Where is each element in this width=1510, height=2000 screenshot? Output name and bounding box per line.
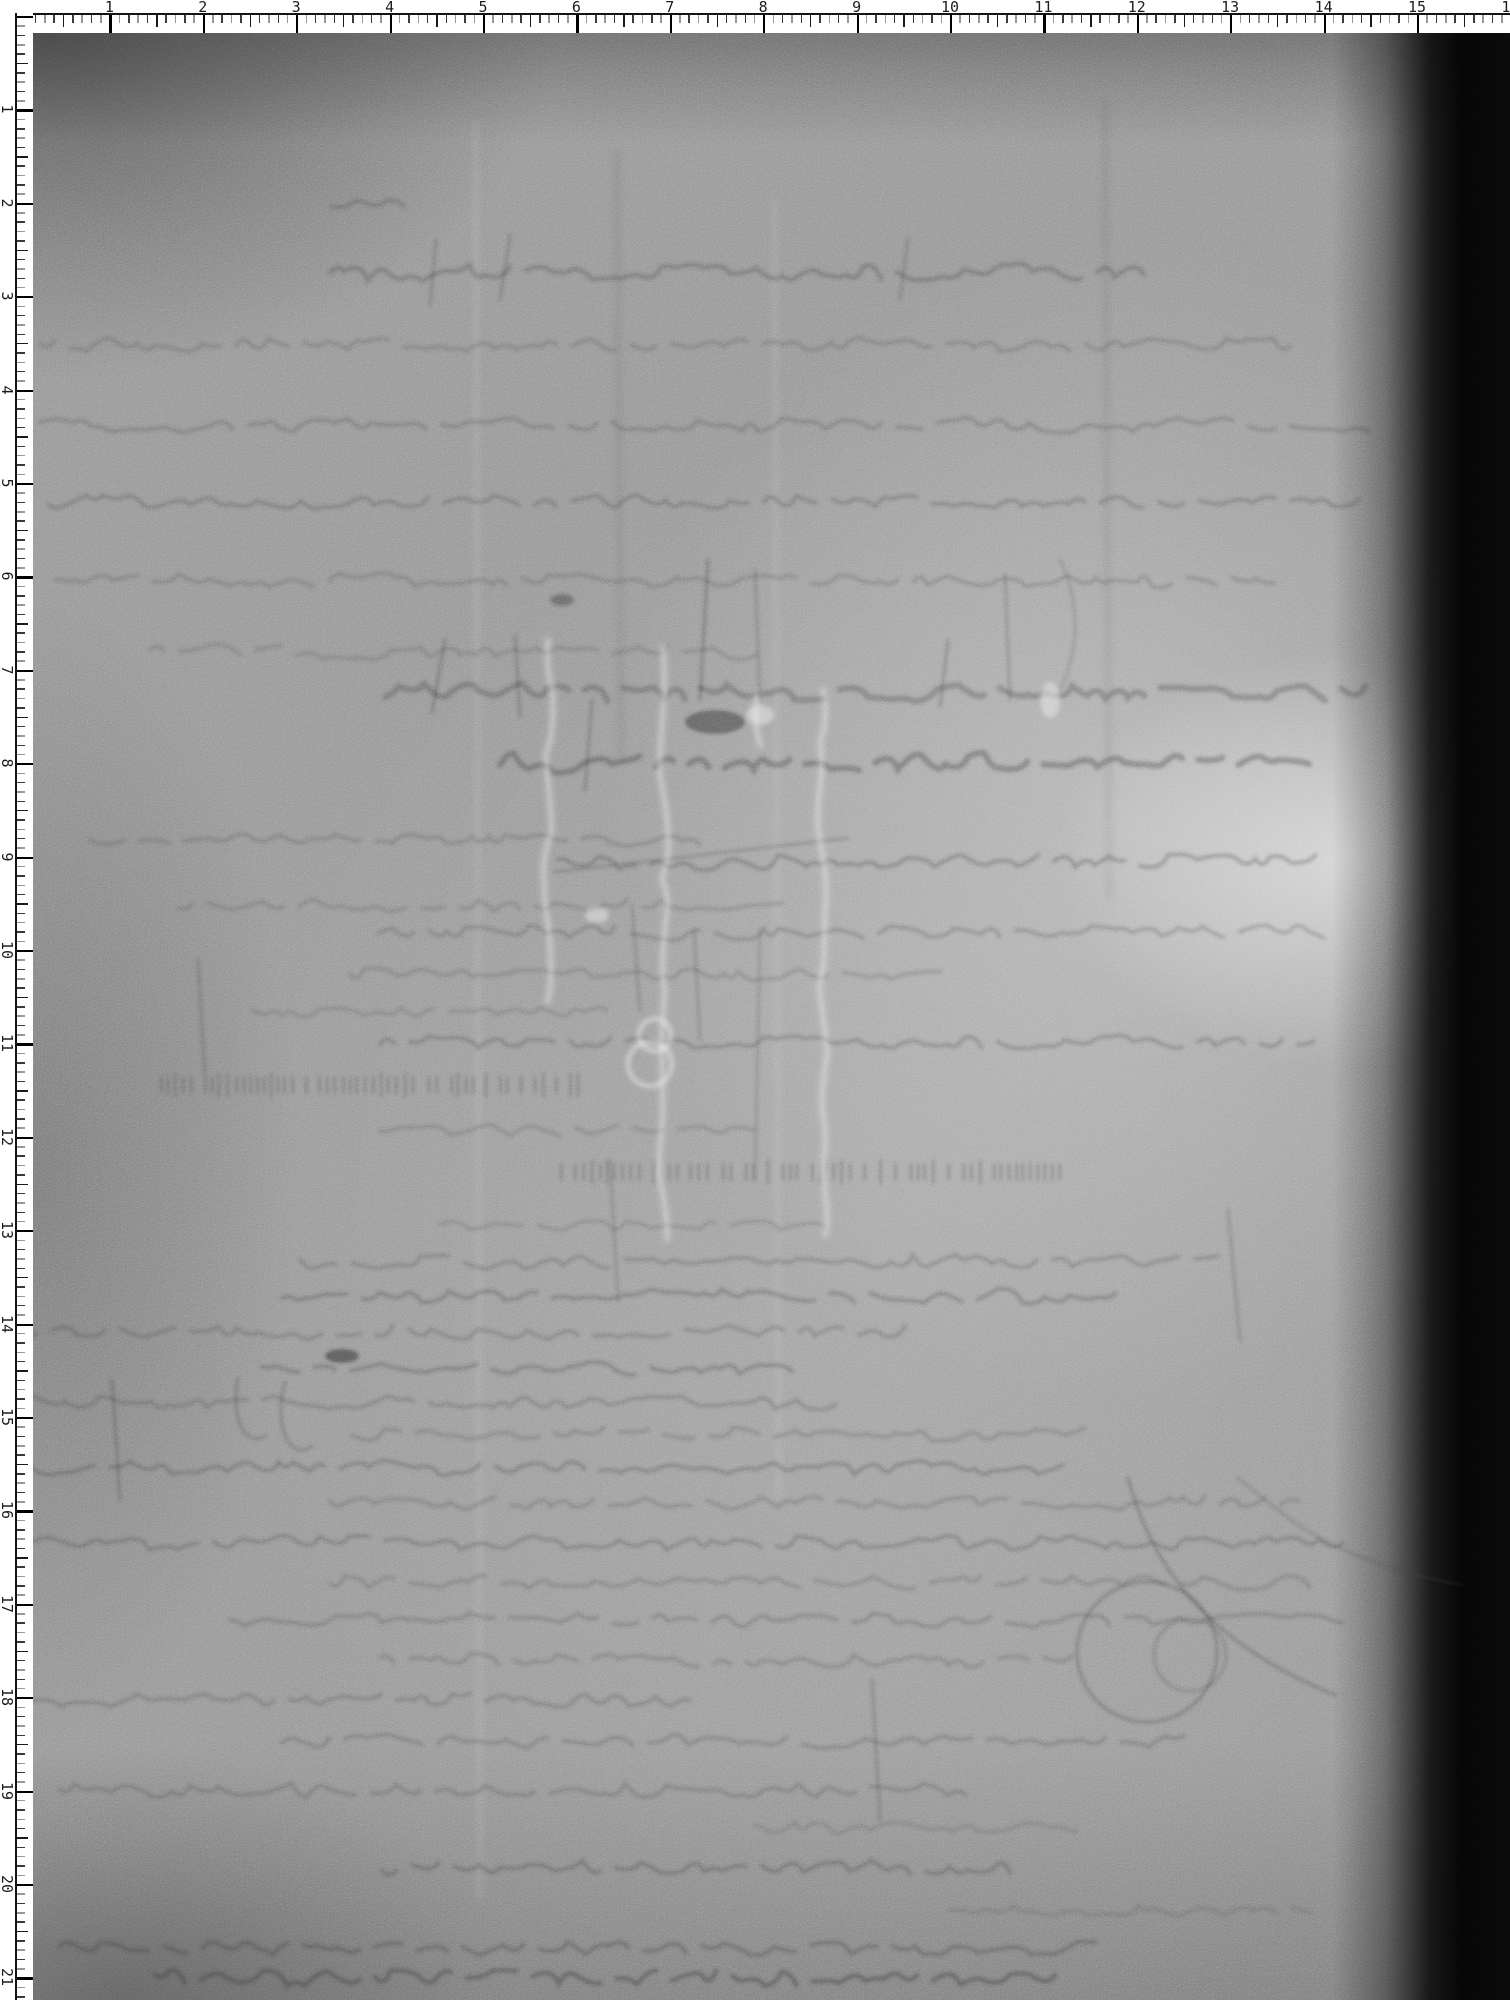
left-ruler-tick (17, 1268, 25, 1270)
top-ruler-tick (745, 15, 747, 23)
top-ruler-tick (315, 15, 317, 23)
top-ruler-tick (390, 15, 392, 33)
top-ruler-tick (100, 15, 102, 23)
top-ruler-tick (91, 15, 93, 23)
left-ruler-tick (17, 91, 25, 93)
top-ruler-tick (866, 15, 868, 23)
top-ruler-tick (614, 15, 616, 23)
left-ruler-tick (17, 128, 25, 130)
left-ruler-tick (17, 1043, 33, 1045)
left-ruler-tick (17, 1679, 25, 1681)
left-ruler-tick (17, 296, 33, 298)
left-ruler-tick (17, 530, 28, 532)
left-ruler-tick (17, 1856, 25, 1858)
left-ruler-tick (17, 1697, 33, 1699)
top-ruler-tick (1454, 15, 1456, 23)
top-ruler-tick (1034, 15, 1036, 23)
left-ruler-tick (17, 698, 25, 700)
left-ruler-tick (17, 44, 25, 46)
left-ruler-tick (17, 791, 25, 793)
left-ruler-tick (17, 418, 25, 420)
top-ruler-tick (1230, 15, 1232, 33)
left-ruler-tick (17, 763, 33, 765)
left-ruler-tick (17, 1875, 25, 1877)
left-ruler-tick (17, 511, 25, 513)
left-ruler-tick (17, 1258, 25, 1260)
top-ruler-tick (717, 15, 719, 27)
top-ruler-tick (1099, 15, 1101, 23)
left-ruler-tick (17, 35, 25, 37)
left-ruler-tick (17, 1800, 25, 1802)
left-ruler-tick (17, 483, 33, 485)
top-ruler-tick (427, 15, 429, 23)
top-ruler-tick (688, 15, 690, 23)
left-ruler-tick (17, 520, 25, 522)
left-ruler-tick (17, 1865, 25, 1867)
left-ruler-tick (17, 1240, 25, 1242)
top-ruler-number: 9 (852, 0, 861, 16)
left-ruler-tick (17, 259, 25, 261)
left-ruler-tick (17, 1949, 25, 1951)
top-ruler-tick (418, 15, 420, 23)
top-ruler-tick (1062, 15, 1064, 23)
left-ruler-tick (17, 250, 28, 252)
left-ruler-number: 3 (0, 292, 16, 301)
left-ruler-tick (17, 343, 28, 345)
top-ruler-tick (885, 15, 887, 23)
left-ruler-tick (17, 1305, 25, 1307)
left-ruler-tick (17, 1099, 25, 1101)
top-ruler-tick (1258, 15, 1260, 23)
left-ruler-tick (17, 1324, 33, 1326)
left-ruler-tick (17, 941, 25, 943)
top-ruler-number: 8 (759, 0, 768, 16)
left-ruler-number: 13 (0, 1221, 16, 1239)
left-ruler-tick (17, 1389, 25, 1391)
top-ruler-tick (492, 15, 494, 23)
top-ruler-number: 16 (1501, 0, 1510, 16)
top-ruler-tick (352, 15, 354, 23)
left-ruler-tick (17, 1520, 25, 1522)
left-ruler-tick (17, 1987, 25, 1989)
left-ruler-tick (17, 623, 28, 625)
top-ruler-tick (819, 15, 821, 23)
top-ruler-tick (1212, 15, 1214, 23)
left-ruler-tick (17, 1510, 33, 1512)
left-ruler-tick (17, 25, 25, 27)
top-ruler-tick (894, 15, 896, 23)
top-ruler-tick (324, 15, 326, 23)
left-ruler-tick (17, 1651, 28, 1653)
left-ruler-tick (17, 1015, 25, 1017)
top-ruler-number: 2 (198, 0, 207, 16)
left-ruler-tick (17, 1753, 25, 1755)
top-ruler-tick (1370, 15, 1372, 27)
top-ruler-tick (530, 15, 532, 27)
top-ruler-tick (642, 15, 644, 23)
top-ruler-tick (1464, 15, 1466, 27)
top-ruler-tick (1202, 15, 1204, 23)
left-ruler-tick (17, 1632, 25, 1634)
left-ruler-tick (17, 913, 25, 915)
left-ruler-tick (17, 1772, 25, 1774)
left-ruler-tick (17, 1931, 28, 1933)
top-ruler-tick (1071, 15, 1073, 23)
left-ruler-number: 11 (0, 1034, 16, 1052)
top-ruler-tick (735, 15, 737, 23)
top-ruler-tick (1389, 15, 1391, 23)
top-ruler-tick (586, 15, 588, 23)
scan-edge-band (1332, 33, 1510, 2000)
top-ruler-tick (109, 15, 111, 33)
left-ruler-tick (17, 969, 25, 971)
left-ruler-tick (17, 754, 25, 756)
left-ruler-tick (17, 1445, 25, 1447)
top-ruler-tick (1436, 15, 1438, 23)
left-ruler-tick (17, 1053, 25, 1055)
left-ruler-tick (17, 390, 33, 392)
left-ruler: 123456789101112131415161718192021 (0, 0, 33, 2000)
left-ruler-tick (17, 212, 25, 214)
top-ruler-tick (567, 15, 569, 23)
left-ruler-tick (17, 1184, 28, 1186)
top-ruler-tick (203, 15, 205, 33)
left-ruler-tick (17, 1454, 25, 1456)
top-ruler-number: 14 (1315, 0, 1333, 16)
top-ruler-tick (1109, 15, 1111, 23)
left-ruler-tick (17, 1333, 25, 1335)
left-ruler-tick (17, 1791, 33, 1793)
left-ruler-tick (17, 1763, 25, 1765)
left-ruler-tick (17, 268, 25, 270)
left-ruler-tick (17, 651, 25, 653)
left-ruler-tick (17, 324, 25, 326)
top-ruler-tick (791, 15, 793, 23)
left-ruler-tick (17, 1538, 25, 1540)
left-ruler-tick (17, 1417, 33, 1419)
left-ruler-tick (17, 1828, 25, 1830)
top-ruler-tick (1426, 15, 1428, 23)
left-ruler-tick (17, 1847, 25, 1849)
left-ruler-tick (17, 866, 25, 868)
left-ruler-tick (17, 362, 25, 364)
left-ruler-tick (17, 352, 25, 354)
top-ruler-tick (268, 15, 270, 23)
left-ruler-tick (17, 576, 33, 578)
left-ruler-tick (17, 1585, 25, 1587)
left-ruler-tick (17, 1137, 33, 1139)
top-ruler-tick (1118, 15, 1120, 23)
left-ruler-tick (17, 1034, 25, 1036)
left-ruler-tick (17, 474, 25, 476)
left-ruler-tick (17, 1809, 25, 1811)
left-ruler-tick (17, 567, 25, 569)
left-ruler-tick (17, 987, 25, 989)
top-ruler-tick (595, 15, 597, 23)
top-ruler-tick (184, 15, 186, 23)
left-ruler-tick (17, 1707, 25, 1709)
top-ruler-tick (278, 15, 280, 23)
top-ruler-number: 13 (1221, 0, 1239, 16)
top-ruler-tick (1277, 15, 1279, 27)
top-ruler-tick (1137, 15, 1139, 33)
top-ruler-tick (941, 15, 943, 23)
top-ruler-tick (969, 15, 971, 23)
left-ruler-tick (17, 53, 25, 55)
left-ruler-tick (17, 455, 25, 457)
top-ruler-tick (959, 15, 961, 23)
left-ruler-tick (17, 745, 25, 747)
top-ruler-tick (483, 15, 485, 33)
left-ruler-tick (17, 1940, 25, 1942)
top-ruler-tick (1025, 15, 1027, 23)
left-ruler-tick (17, 847, 25, 849)
top-ruler-tick (1193, 15, 1195, 23)
left-ruler-tick (17, 1174, 25, 1176)
top-ruler-tick (1492, 15, 1494, 23)
top-ruler-number: 12 (1128, 0, 1146, 16)
left-ruler-tick (17, 334, 25, 336)
top-ruler-tick (1352, 15, 1354, 23)
top-ruler-tick (548, 15, 550, 23)
top-ruler-tick (1333, 15, 1335, 23)
top-ruler-tick (1268, 15, 1270, 23)
left-ruler-tick (17, 1725, 25, 1727)
top-ruler-tick (838, 15, 840, 23)
top-ruler-tick (987, 15, 989, 23)
left-ruler-tick (17, 315, 25, 317)
left-ruler-tick (17, 72, 25, 74)
left-ruler-tick (17, 165, 25, 167)
left-ruler-tick (17, 1286, 25, 1288)
left-ruler-tick (17, 801, 25, 803)
left-ruler-number: 17 (0, 1595, 16, 1613)
top-ruler-tick (1043, 15, 1045, 33)
left-ruler-tick (17, 717, 28, 719)
top-ruler-tick (1286, 15, 1288, 23)
left-ruler-tick (17, 1426, 25, 1428)
top-ruler-tick (1342, 15, 1344, 23)
left-ruler-tick (17, 203, 33, 205)
top-ruler-tick (81, 15, 83, 23)
left-ruler-number: 10 (0, 941, 16, 959)
left-ruler-tick (17, 427, 25, 429)
left-ruler-tick (17, 63, 28, 65)
left-ruler-tick (17, 1398, 25, 1400)
left-ruler-tick (17, 922, 25, 924)
left-ruler-tick (17, 1566, 25, 1568)
top-ruler-tick (436, 15, 438, 27)
top-ruler-tick (539, 15, 541, 23)
top-ruler-tick (72, 15, 74, 23)
left-ruler-tick (17, 1352, 25, 1354)
left-ruler-tick (17, 959, 25, 961)
top-ruler-number: 5 (478, 0, 487, 16)
left-ruler-number: 20 (0, 1875, 16, 1893)
top-ruler-tick (1221, 15, 1223, 23)
left-ruler-tick (17, 184, 25, 186)
top-ruler-tick (1090, 15, 1092, 27)
left-ruler-number: 14 (0, 1315, 16, 1333)
left-ruler-number: 21 (0, 1968, 16, 1986)
left-ruler-tick (17, 193, 25, 195)
top-ruler-number: 11 (1034, 0, 1052, 16)
left-ruler-tick (17, 1735, 25, 1737)
top-ruler-tick (857, 15, 859, 33)
left-ruler-tick (17, 1230, 33, 1232)
left-ruler-tick (17, 240, 25, 242)
left-ruler-tick (17, 306, 25, 308)
top-ruler-tick (829, 15, 831, 23)
top-ruler-tick (875, 15, 877, 23)
top-ruler-tick (773, 15, 775, 23)
top-ruler-tick (287, 15, 289, 23)
left-ruler-tick (17, 838, 25, 840)
left-ruler-tick (17, 1071, 25, 1073)
left-ruler-tick (17, 707, 25, 709)
left-ruler-tick (17, 1884, 33, 1886)
left-ruler-tick (17, 894, 25, 896)
left-ruler-tick (17, 399, 25, 401)
left-ruler-tick (17, 1127, 25, 1129)
left-ruler-tick (17, 1118, 25, 1120)
top-ruler-tick (576, 15, 578, 33)
left-ruler-tick (17, 446, 25, 448)
left-ruler-tick (17, 1604, 33, 1606)
left-ruler-tick (17, 1781, 25, 1783)
top-ruler-tick (380, 15, 382, 23)
left-ruler-tick (17, 810, 28, 812)
left-ruler-tick (17, 1744, 28, 1746)
left-ruler-tick (17, 16, 33, 18)
left-ruler-number: 15 (0, 1408, 16, 1426)
top-ruler-tick (306, 15, 308, 23)
top-ruler-number: 10 (941, 0, 959, 16)
left-ruler-tick (17, 642, 25, 644)
left-ruler-number: 1 (0, 105, 16, 114)
left-ruler-tick (17, 1996, 25, 1998)
top-ruler-tick (147, 15, 149, 23)
top-ruler-tick (1408, 15, 1410, 23)
left-ruler-number: 4 (0, 385, 16, 394)
top-ruler-tick (35, 15, 37, 23)
top-ruler-tick (679, 15, 681, 23)
left-ruler-tick (17, 1314, 25, 1316)
left-ruler-tick (17, 819, 25, 821)
top-ruler-tick (193, 15, 195, 23)
top-ruler-tick (997, 15, 999, 27)
left-ruler-tick (17, 1109, 25, 1111)
left-ruler-tick (17, 1613, 25, 1615)
left-ruler-tick (17, 464, 25, 466)
top-ruler-tick (128, 15, 130, 23)
left-ruler-tick (17, 1370, 28, 1372)
left-ruler-tick (17, 1548, 25, 1550)
left-ruler-tick (17, 287, 25, 289)
top-ruler-tick (119, 15, 121, 23)
top-ruler: 012345678910111213141516 (0, 0, 1510, 33)
left-ruler-tick (17, 1296, 25, 1298)
top-ruler-tick (165, 15, 167, 23)
left-ruler-tick (17, 1669, 25, 1671)
left-ruler-tick (17, 595, 25, 597)
left-ruler-number: 6 (0, 572, 16, 581)
left-ruler-tick (17, 1837, 28, 1839)
left-ruler-tick (17, 829, 25, 831)
top-ruler-tick (931, 15, 933, 23)
top-ruler-tick (763, 15, 765, 33)
left-ruler-tick (17, 1090, 28, 1092)
top-ruler-tick (1417, 15, 1419, 33)
top-ruler-tick (801, 15, 803, 23)
top-ruler-tick (1361, 15, 1363, 23)
top-ruler-tick (1006, 15, 1008, 23)
left-ruler-tick (17, 1959, 25, 1961)
top-ruler-tick (371, 15, 373, 23)
top-ruler-tick (1127, 15, 1129, 23)
top-ruler-tick (651, 15, 653, 23)
left-ruler-tick (17, 670, 33, 672)
left-ruler-tick (17, 997, 28, 999)
top-ruler-tick (334, 15, 336, 23)
left-ruler-tick (17, 1622, 25, 1624)
top-ruler-tick (1053, 15, 1055, 23)
left-ruler-tick (17, 1921, 25, 1923)
top-ruler-tick (670, 15, 672, 33)
left-ruler-tick (17, 950, 33, 952)
top-ruler-tick (707, 15, 709, 23)
top-ruler-tick (44, 15, 46, 23)
top-ruler-tick (913, 15, 915, 23)
left-ruler-tick (17, 1473, 25, 1475)
left-ruler-tick (17, 679, 25, 681)
left-ruler-tick (17, 1436, 25, 1438)
manuscript-page (33, 33, 1510, 2000)
top-ruler-tick (362, 15, 364, 23)
left-ruler-tick (17, 156, 28, 158)
left-ruler-tick (17, 885, 25, 887)
top-ruler-tick (231, 15, 233, 23)
left-ruler-tick (17, 1249, 25, 1251)
top-ruler-tick (464, 15, 466, 23)
left-ruler-tick (17, 1025, 25, 1027)
top-ruler-tick (754, 15, 756, 23)
left-ruler-tick (17, 119, 25, 121)
top-ruler-tick (1184, 15, 1186, 27)
left-ruler-tick (17, 1912, 25, 1914)
left-ruler-tick (17, 931, 25, 933)
left-ruler-tick (17, 1342, 25, 1344)
top-ruler-tick (1155, 15, 1157, 23)
left-ruler-tick (17, 380, 25, 382)
left-ruler-tick (17, 1155, 25, 1157)
top-ruler-number: 15 (1408, 0, 1426, 16)
left-ruler-tick (17, 100, 25, 102)
left-ruler-tick (17, 1529, 25, 1531)
top-ruler-tick (1015, 15, 1017, 23)
top-ruler-tick (632, 15, 634, 23)
left-ruler-tick (17, 875, 25, 877)
top-ruler-tick (240, 15, 242, 23)
top-ruler-tick (343, 15, 345, 27)
top-ruler-tick (156, 15, 158, 27)
left-ruler-tick (17, 1464, 28, 1466)
left-ruler-tick (17, 586, 25, 588)
left-ruler-tick (17, 1408, 25, 1410)
top-ruler-tick (1473, 15, 1475, 23)
left-ruler-number: 12 (0, 1128, 16, 1146)
left-ruler-tick (17, 1492, 25, 1494)
